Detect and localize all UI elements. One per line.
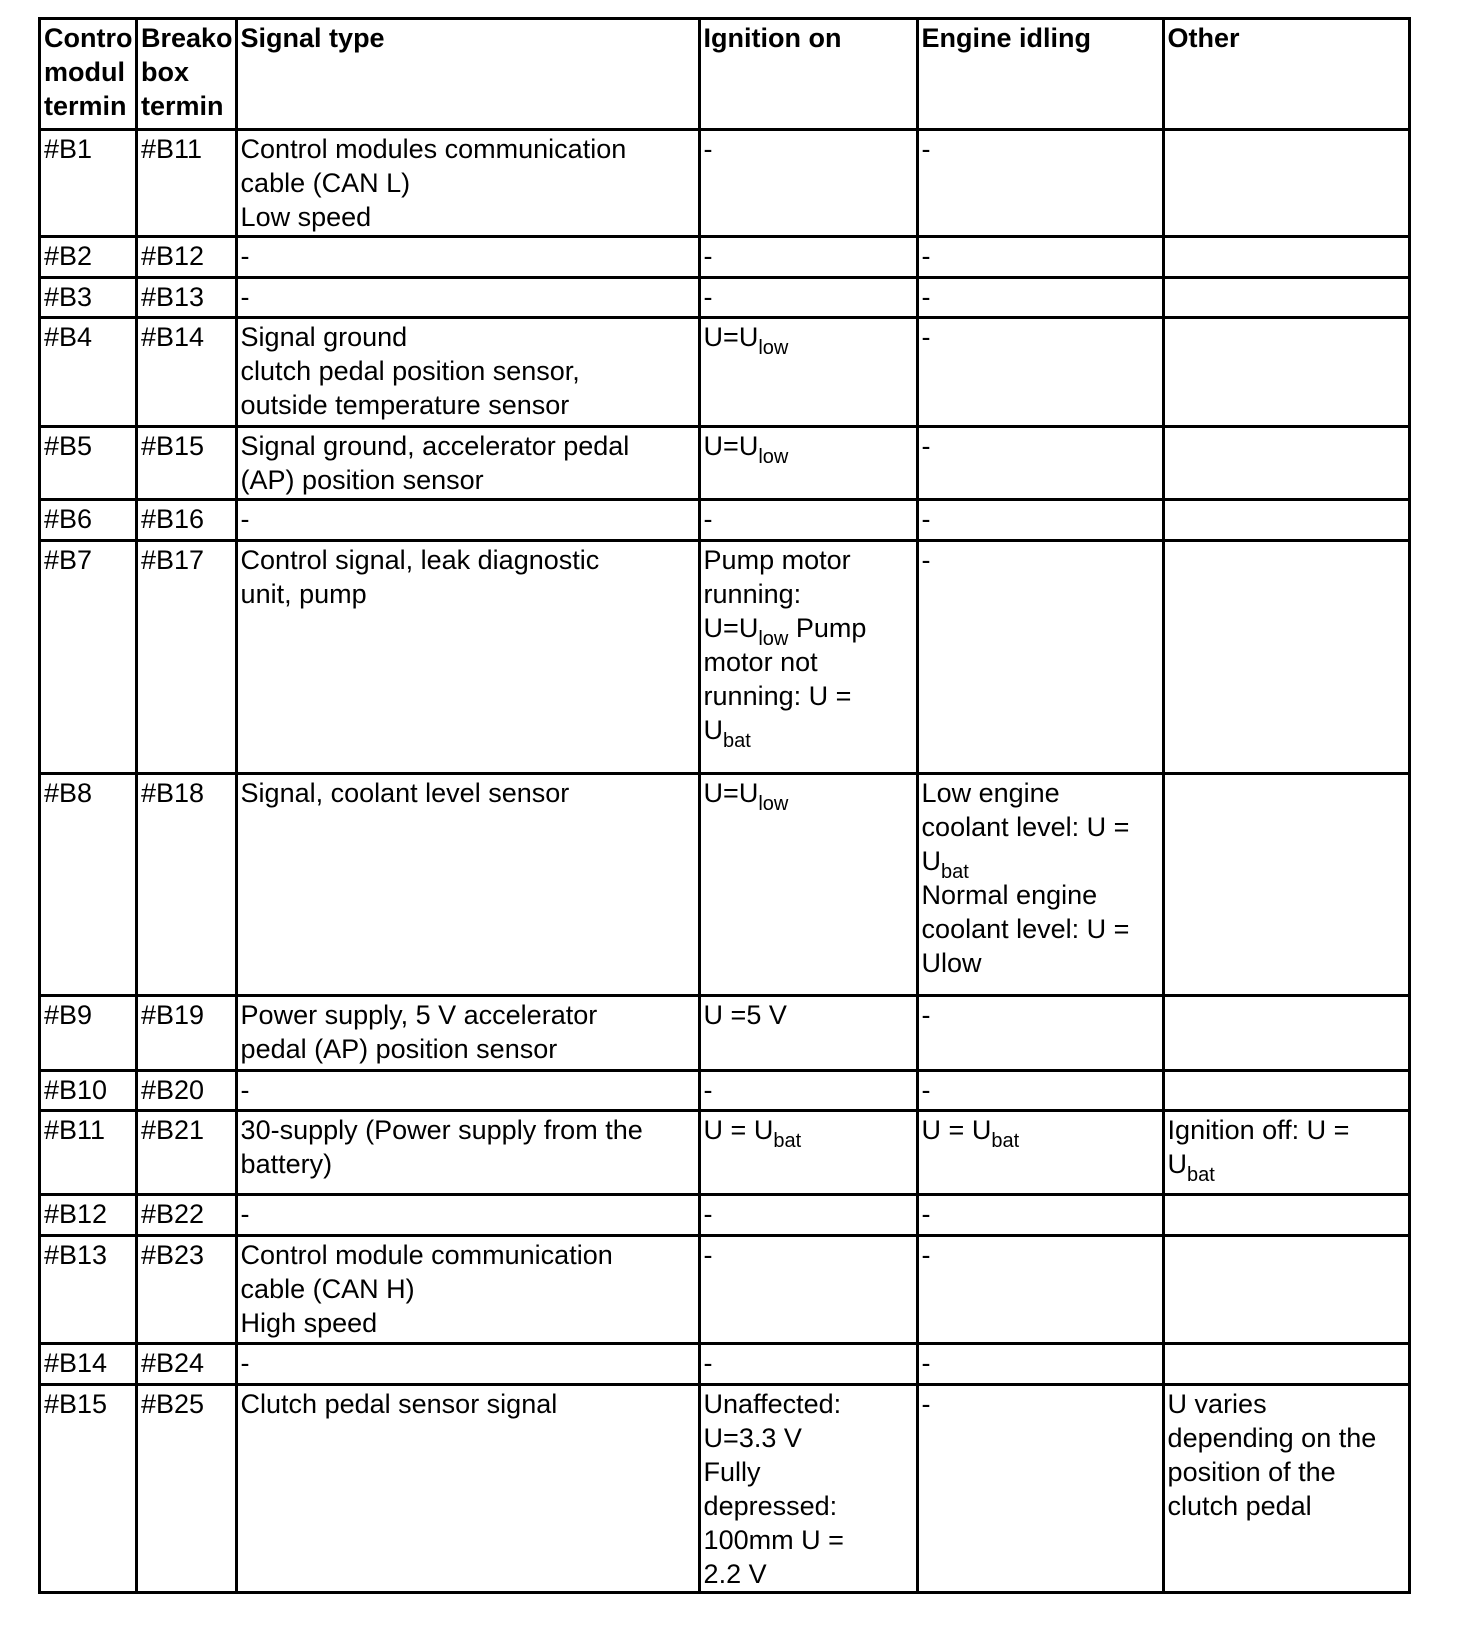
cell-line: Ubat [704,713,914,747]
cell-line: depending on the [1168,1421,1406,1455]
cell-engine-idling: - [917,1071,1163,1111]
cell-line: - [922,543,1160,577]
cell-line: outside temperature sensor [241,388,696,422]
cell-line: running: U = [704,679,914,713]
cell-ignition-on: - [699,1195,917,1236]
cell-ignition-on: - [699,1236,917,1344]
cell-signal-type: - [236,1344,699,1385]
table-row: #B14#B24--- [40,1344,1410,1385]
cell-line: - [922,1238,1160,1272]
cell-line: - [241,280,696,314]
cell-control-module-terminal: #B3 [40,278,137,318]
table-row: #B11#B2130-supply (Power supply from the… [40,1111,1410,1195]
cell-signal-type: - [236,237,699,278]
cell-ignition-on: - [699,1344,917,1385]
cell-line: Control modules communication [241,132,696,166]
cell-line: - [704,502,914,536]
cell-line: - [241,239,696,273]
cell-line: - [922,132,1160,166]
cell-engine-idling: - [917,1385,1163,1593]
cell-ignition-on: - [699,130,917,237]
cell-line: Low speed [241,200,696,234]
cell-breakout-box-terminal: #B18 [137,774,237,996]
table-row: #B3#B13--- [40,278,1410,318]
header-ignition-on: Ignition on [699,19,917,130]
cell-line: - [704,1197,914,1231]
cell-breakout-box-terminal: #B17 [137,541,237,774]
cell-control-module-terminal: #B2 [40,237,137,278]
cell-control-module-terminal: #B8 [40,774,137,996]
cell-breakout-box-terminal: #B25 [137,1385,237,1593]
cell-line: Ignition off: U = [1168,1113,1406,1147]
header-line: termin [44,89,133,123]
cell-other [1163,1236,1409,1344]
cell-signal-type: 30-supply (Power supply from thebattery) [236,1111,699,1195]
cell-line: - [704,1346,914,1380]
cell-engine-idling: - [917,278,1163,318]
cell-line: Clutch pedal sensor signal [241,1387,696,1421]
cell-other [1163,996,1409,1071]
cell-line: - [922,239,1160,273]
cell-ignition-on: - [699,278,917,318]
cell-other [1163,237,1409,278]
cell-breakout-box-terminal: #B24 [137,1344,237,1385]
cell-line: Fully [704,1455,914,1489]
header-line: Contro [44,21,133,55]
cell-signal-type: - [236,278,699,318]
cell-line: - [922,280,1160,314]
cell-control-module-terminal: #B7 [40,541,137,774]
subscript: bat [991,1130,1019,1152]
cell-signal-type: Signal ground, accelerator pedal(AP) pos… [236,427,699,500]
cell-line: U=Ulow [704,320,914,354]
cell-line: - [922,429,1160,463]
cell-engine-idling: U = Ubat [917,1111,1163,1195]
cell-line: Low engine [922,776,1160,810]
cell-line: - [704,1073,914,1107]
cell-other [1163,427,1409,500]
cell-control-module-terminal: #B14 [40,1344,137,1385]
cell-line: Normal engine [922,878,1160,912]
cell-signal-type: Control module communicationcable (CAN H… [236,1236,699,1344]
cell-line: Control module communication [241,1238,696,1272]
cell-breakout-box-terminal: #B19 [137,996,237,1071]
cell-engine-idling: - [917,1344,1163,1385]
cell-engine-idling: - [917,427,1163,500]
cell-line: Power supply, 5 V accelerator [241,998,696,1032]
cell-line: U = Ubat [922,1113,1160,1147]
cell-engine-idling: - [917,996,1163,1071]
cell-signal-type: Signal, coolant level sensor [236,774,699,996]
cell-ignition-on: U =5 V [699,996,917,1071]
cell-line: U=3.3 V [704,1421,914,1455]
table-row: #B4#B14Signal groundclutch pedal positio… [40,318,1410,427]
cell-breakout-box-terminal: #B12 [137,237,237,278]
cell-ignition-on: U=Ulow [699,774,917,996]
table-row: #B2#B12--- [40,237,1410,278]
cell-engine-idling: Low enginecoolant level: U =UbatNormal e… [917,774,1163,996]
cell-other [1163,318,1409,427]
header-other: Other [1163,19,1409,130]
cell-ignition-on: U = Ubat [699,1111,917,1195]
cell-line: clutch pedal position sensor, [241,354,696,388]
cell-line: - [241,502,696,536]
cell-line: - [241,1197,696,1231]
cell-line: - [922,1387,1160,1421]
cell-breakout-box-terminal: #B23 [137,1236,237,1344]
cell-line: - [704,1238,914,1272]
cell-line: 100mm U = [704,1523,914,1557]
cell-breakout-box-terminal: #B20 [137,1071,237,1111]
cell-line: - [241,1073,696,1107]
header-line: Engine idling [922,21,1160,55]
cell-line: Pump motor [704,543,914,577]
cell-ignition-on: U=Ulow [699,318,917,427]
cell-other [1163,278,1409,318]
cell-line: pedal (AP) position sensor [241,1032,696,1066]
cell-signal-type: Power supply, 5 V acceleratorpedal (AP) … [236,996,699,1071]
cell-line: Ulow [922,946,1160,980]
cell-control-module-terminal: #B15 [40,1385,137,1593]
cell-line: coolant level: U = [922,912,1160,946]
cell-line: clutch pedal [1168,1489,1406,1523]
cell-line: Signal ground, accelerator pedal [241,429,696,463]
table-row: #B9#B19Power supply, 5 V acceleratorpeda… [40,996,1410,1071]
cell-line: cable (CAN L) [241,166,696,200]
header-engine-idling: Engine idling [917,19,1163,130]
cell-control-module-terminal: #B10 [40,1071,137,1111]
cell-line: (AP) position sensor [241,463,696,497]
cell-ignition-on: - [699,500,917,541]
cell-ignition-on: - [699,1071,917,1111]
cell-breakout-box-terminal: #B11 [137,130,237,237]
subscript: low [758,793,788,815]
cell-control-module-terminal: #B4 [40,318,137,427]
cell-signal-type: - [236,1195,699,1236]
cell-engine-idling: - [917,1236,1163,1344]
table-row: #B12#B22--- [40,1195,1410,1236]
cell-ignition-on: Pump motorrunning:U=Ulow Pumpmotor notru… [699,541,917,774]
header-line: Signal type [241,21,696,55]
cell-engine-idling: - [917,541,1163,774]
cell-signal-type: Signal groundclutch pedal position senso… [236,318,699,427]
cell-line: U=Ulow [704,429,914,463]
cell-line: - [922,998,1160,1032]
cell-signal-type: Control signal, leak diagnosticunit, pum… [236,541,699,774]
cell-line: - [922,502,1160,536]
cell-line: - [241,1346,696,1380]
table-row: #B7#B17Control signal, leak diagnosticun… [40,541,1410,774]
cell-line: - [704,280,914,314]
cell-line: depressed: [704,1489,914,1523]
table-row: #B1#B11Control modules communicationcabl… [40,130,1410,237]
header-line: Other [1168,21,1406,55]
cell-breakout-box-terminal: #B16 [137,500,237,541]
header-line: box [141,55,233,89]
cell-ignition-on: Unaffected:U=3.3 VFullydepressed:100mm U… [699,1385,917,1593]
header-control-module-terminal: Contromodultermin [40,19,137,130]
table-row: #B5#B15Signal ground, accelerator pedal(… [40,427,1410,500]
cell-signal-type: - [236,500,699,541]
cell-other: U variesdepending on theposition of thec… [1163,1385,1409,1593]
cell-engine-idling: - [917,130,1163,237]
table-row: #B15#B25Clutch pedal sensor signalUnaffe… [40,1385,1410,1593]
header-line: termin [141,89,233,123]
cell-other [1163,541,1409,774]
cell-ignition-on: U=Ulow [699,427,917,500]
cell-line: position of the [1168,1455,1406,1489]
cell-engine-idling: - [917,237,1163,278]
cell-control-module-terminal: #B9 [40,996,137,1071]
cell-other [1163,1071,1409,1111]
cell-engine-idling: - [917,1195,1163,1236]
table-row: #B13#B23Control module communicationcabl… [40,1236,1410,1344]
cell-signal-type: Clutch pedal sensor signal [236,1385,699,1593]
cell-line: battery) [241,1147,696,1181]
cell-line: U varies [1168,1387,1406,1421]
cell-line: - [704,132,914,166]
header-line: Breako [141,21,233,55]
cell-signal-type: Control modules communicationcable (CAN … [236,130,699,237]
table-row: #B10#B20--- [40,1071,1410,1111]
cell-line: - [922,1197,1160,1231]
cell-control-module-terminal: #B13 [40,1236,137,1344]
cell-breakout-box-terminal: #B13 [137,278,237,318]
cell-engine-idling: - [917,318,1163,427]
cell-line: Signal ground [241,320,696,354]
cell-line: U =5 V [704,998,914,1032]
cell-signal-type: - [236,1071,699,1111]
cell-control-module-terminal: #B5 [40,427,137,500]
cell-line: coolant level: U = [922,810,1160,844]
cell-breakout-box-terminal: #B15 [137,427,237,500]
cell-line: Signal, coolant level sensor [241,776,696,810]
subscript: low [758,446,788,468]
cell-other [1163,130,1409,237]
cell-line: - [922,1073,1160,1107]
cell-line: - [922,1346,1160,1380]
cell-line: unit, pump [241,577,696,611]
cell-other [1163,1195,1409,1236]
header-signal-type: Signal type [236,19,699,130]
cell-line: Ubat [1168,1147,1406,1181]
terminal-signal-table: ContromodulterminBreakoboxterminSignal t… [38,17,1411,1594]
table-row: #B6#B16--- [40,500,1410,541]
cell-line: running: [704,577,914,611]
cell-line: cable (CAN H) [241,1272,696,1306]
cell-breakout-box-terminal: #B14 [137,318,237,427]
table-header-row: ContromodulterminBreakoboxterminSignal t… [40,19,1410,130]
cell-line: 2.2 V [704,1557,914,1591]
cell-line: U = Ubat [704,1113,914,1147]
cell-control-module-terminal: #B6 [40,500,137,541]
cell-other: Ignition off: U =Ubat [1163,1111,1409,1195]
cell-engine-idling: - [917,500,1163,541]
subscript: bat [723,730,751,752]
cell-breakout-box-terminal: #B22 [137,1195,237,1236]
cell-line: Unaffected: [704,1387,914,1421]
cell-control-module-terminal: #B12 [40,1195,137,1236]
cell-other [1163,774,1409,996]
cell-other [1163,500,1409,541]
subscript: bat [1187,1164,1215,1186]
header-line: modul [44,55,133,89]
cell-line: - [704,239,914,273]
cell-line: 30-supply (Power supply from the [241,1113,696,1147]
subscript: bat [773,1130,801,1152]
cell-line: motor not [704,645,914,679]
cell-line: U=Ulow [704,776,914,810]
cell-ignition-on: - [699,237,917,278]
cell-control-module-terminal: #B11 [40,1111,137,1195]
cell-line: - [922,320,1160,354]
cell-breakout-box-terminal: #B21 [137,1111,237,1195]
cell-other [1163,1344,1409,1385]
cell-line: Control signal, leak diagnostic [241,543,696,577]
cell-control-module-terminal: #B1 [40,130,137,237]
header-breakout-box-terminal: Breakoboxtermin [137,19,237,130]
cell-line: Ubat [922,844,1160,878]
header-line: Ignition on [704,21,914,55]
table-row: #B8#B18Signal, coolant level sensorU=Ulo… [40,774,1410,996]
cell-line: U=Ulow Pump [704,611,914,645]
cell-line: High speed [241,1306,696,1340]
subscript: low [758,337,788,359]
